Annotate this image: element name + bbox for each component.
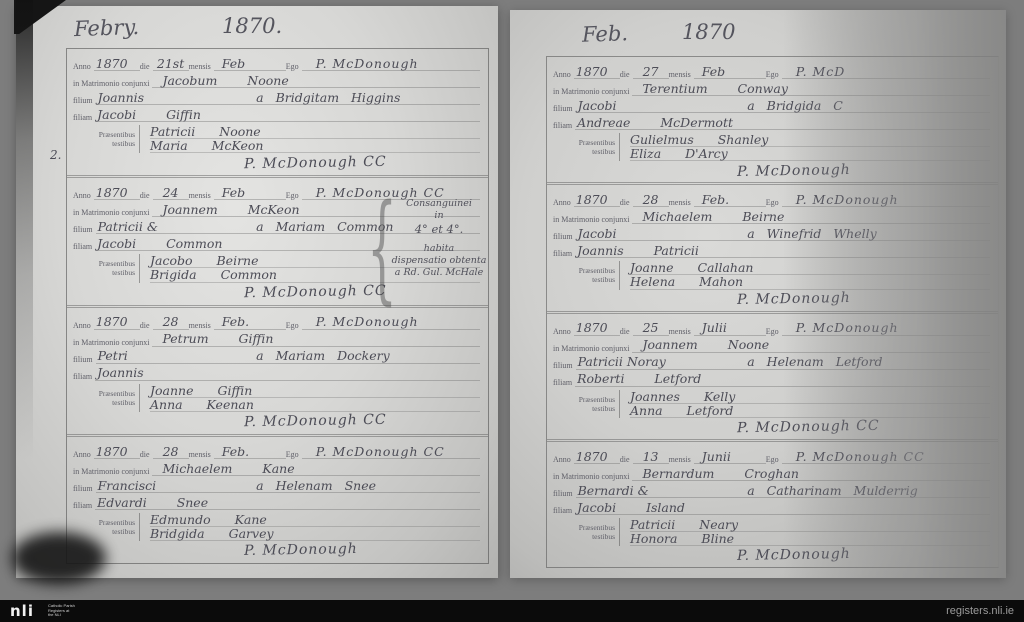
value-groom: Michaelem Beirne xyxy=(632,210,990,224)
value-father: Patricii Noray xyxy=(576,355,740,369)
value-signature: P. McDonough CC xyxy=(244,284,387,301)
witness-lines: Patricii Noone Maria McKeon xyxy=(140,125,480,153)
value-father: Petri xyxy=(96,349,249,363)
note-line: in xyxy=(383,210,495,222)
value-mensis: Feb. xyxy=(214,315,286,329)
entry-bride-row: filiam Andreae McDermott xyxy=(553,115,990,130)
label-conjunxi: in Matrimonio conjunxi xyxy=(73,209,152,217)
consanguinity-note: { Consanguinei in 4° et 4°. habita dispe… xyxy=(383,198,495,279)
value-signature: P. McDonough xyxy=(736,547,850,564)
witness-lines: Edmundo Kane Bridgida Garvey xyxy=(140,513,480,541)
entry-bride-row: filiam Jacobi Island xyxy=(553,500,990,515)
value-anno: 1870 xyxy=(574,193,620,207)
label-mensis: mensis xyxy=(669,71,694,79)
value-signature: P. McDonough CC xyxy=(244,413,387,430)
value-father: Patricii & xyxy=(96,220,249,234)
label-mensis: mensis xyxy=(189,192,214,200)
entry-signature-row: P. McDonough xyxy=(553,548,990,563)
value-mensis: Feb xyxy=(214,57,286,71)
page-left-header: Febry. 1870. xyxy=(16,14,498,46)
value-celebrant: P. McDonough CC xyxy=(782,450,990,464)
entry-parents-row: filium Joannis a Bridgitam Higgins xyxy=(73,90,480,105)
label-ego: Ego xyxy=(286,63,302,71)
register-form-left: Anno 1870 die 21st mensis Feb Ego P. McD… xyxy=(66,48,489,564)
label-ego: Ego xyxy=(286,451,302,459)
value-mensis: Feb xyxy=(694,65,766,79)
value-anno: 1870 xyxy=(574,65,620,79)
value-bride-parentage: Jacobi Giffin xyxy=(95,108,480,122)
label-die: die xyxy=(620,456,633,464)
value-groom: Jacobum Noone xyxy=(152,74,480,88)
value-signature: P. McDonough xyxy=(736,291,850,308)
label-conjunxi: in Matrimonio conjunxi xyxy=(553,345,632,353)
entry-witnesses: Præsentibus testibus Patricii Neary Hono… xyxy=(553,518,990,546)
note-brace: { xyxy=(367,188,397,306)
value-anno: 1870 xyxy=(94,57,140,71)
value-bride-parentage: Jacobi Island xyxy=(575,501,990,515)
witness-lines: Joanne Giffin Anna Keenan xyxy=(140,384,480,412)
label-die: die xyxy=(140,322,153,330)
value-witness-2: Bridgida Garvey xyxy=(150,527,480,541)
entry-bride-row: filiam Edvardi Snee xyxy=(73,495,480,510)
entry-bride-row: filiam Jacobi Giffin xyxy=(73,107,480,122)
entry-witnesses: Præsentibus testibus Joanne Callahan Hel… xyxy=(553,261,990,289)
label-mensis: mensis xyxy=(669,328,694,336)
label-filiam: filiam xyxy=(73,114,95,122)
label-filiam: filiam xyxy=(553,379,575,387)
label-praesentibus: Præsentibus xyxy=(73,518,135,527)
value-father: Bernardi & xyxy=(576,484,740,498)
entry-date-row: Anno 1870 die 28 mensis Feb. Ego P. McDo… xyxy=(73,444,480,459)
value-mother: a Helenam Snee xyxy=(248,479,480,493)
note-line: habita xyxy=(383,243,495,255)
register-entry: Anno 1870 die 28 mensis Feb. Ego P. McDo… xyxy=(67,308,488,437)
witness-lines: Joannes Kelly Anna Letford xyxy=(620,390,990,418)
label-anno: Anno xyxy=(553,328,574,336)
entry-groom-row: in Matrimonio conjunxi Terentium Conway xyxy=(553,81,990,96)
value-die: 13 xyxy=(633,450,669,464)
label-ego: Ego xyxy=(766,328,782,336)
value-mother: a Catharinam Mulderrig xyxy=(739,484,990,498)
register-entry: Anno 1870 die 13 mensis Junii Ego P. McD… xyxy=(547,442,998,567)
value-father: Joannis xyxy=(96,91,249,105)
value-witness-1: Gulielmus Shanley xyxy=(630,133,990,147)
label-praesentibus: Præsentibus xyxy=(73,259,135,268)
label-mensis: mensis xyxy=(669,456,694,464)
entry-signature-row: P. McDonough xyxy=(73,543,480,558)
note-line: a Rd. Gul. McHale xyxy=(383,267,495,279)
entry-groom-row: in Matrimonio conjunxi Michaelem Beirne xyxy=(553,209,990,224)
label-testibus: Præsentibus testibus xyxy=(553,518,620,546)
label-testibus-word: testibus xyxy=(73,139,135,148)
value-signature: P. McDonough CC xyxy=(244,154,387,171)
label-filiam: filiam xyxy=(553,122,575,130)
value-witness-2: Helena Mahon xyxy=(630,275,990,289)
label-die: die xyxy=(140,63,153,71)
label-praesentibus: Præsentibus xyxy=(73,389,135,398)
label-mensis: mensis xyxy=(189,451,214,459)
label-conjunxi: in Matrimonio conjunxi xyxy=(553,473,632,481)
value-anno: 1870 xyxy=(94,315,140,329)
value-groom: Bernardum Croghan xyxy=(632,467,990,481)
label-testibus: Præsentibus testibus xyxy=(553,261,620,289)
value-witness-1: Joanne Callahan xyxy=(630,261,990,275)
label-filium: filium xyxy=(553,490,576,498)
register-entry: Anno 1870 die 21st mensis Feb Ego P. McD… xyxy=(67,49,488,178)
value-witness-1: Joanne Giffin xyxy=(150,384,480,398)
value-die: 21st xyxy=(153,57,189,71)
label-ego: Ego xyxy=(766,456,782,464)
entry-groom-row: in Matrimonio conjunxi Jacobum Noone xyxy=(73,73,480,88)
nli-logo: nli xyxy=(10,604,34,619)
value-mensis: Feb. xyxy=(694,193,766,207)
value-mother: a Mariam Dockery xyxy=(248,349,480,363)
label-filiam: filiam xyxy=(553,507,575,515)
header-month: Febry. xyxy=(74,15,140,41)
witness-lines: Joanne Callahan Helena Mahon xyxy=(620,261,990,289)
value-mother: a Helenam Letford xyxy=(739,355,990,369)
value-witness-2: Honora Bline xyxy=(630,532,990,546)
scan-dark-blob xyxy=(12,532,106,584)
value-witness-1: Joannes Kelly xyxy=(630,390,990,404)
entry-witnesses: Præsentibus testibus Gulielmus Shanley E… xyxy=(553,133,990,161)
margin-mark: 2. xyxy=(50,148,61,162)
label-filiam: filiam xyxy=(73,243,95,251)
footer-bar: nli Catholic Parish Registers at the NLI… xyxy=(0,600,1024,622)
label-filium: filium xyxy=(553,105,576,113)
label-filium: filium xyxy=(553,362,576,370)
value-signature: P. McDonough xyxy=(244,542,358,559)
nli-logo-caption: Catholic Parish Registers at the NLI xyxy=(48,604,75,618)
label-anno: Anno xyxy=(73,451,94,459)
register-form-right: Anno 1870 die 27 mensis Feb Ego P. McD i… xyxy=(546,56,999,568)
entry-groom-row: in Matrimonio conjunxi Joannem Noone xyxy=(553,338,990,353)
value-witness-1: Patricii Noone xyxy=(150,125,480,139)
value-witness-2: Eliza D'Arcy xyxy=(630,147,990,161)
value-bride-parentage: Joannis Patricii xyxy=(575,244,990,258)
note-line: dispensatio obtenta xyxy=(383,255,495,267)
entry-signature-row: P. McDonough CC xyxy=(73,155,480,170)
entry-signature-row: P. McDonough xyxy=(553,292,990,307)
value-bride-parentage: Andreae McDermott xyxy=(575,116,990,130)
label-die: die xyxy=(620,199,633,207)
caption-line: the NLI xyxy=(48,613,75,618)
label-die: die xyxy=(140,192,153,200)
label-testibus-word: testibus xyxy=(553,275,615,284)
site-url-label: registers.nli.ie xyxy=(946,605,1014,617)
value-mother: a Bridgida C xyxy=(739,99,990,113)
label-conjunxi: in Matrimonio conjunxi xyxy=(73,80,152,88)
label-filium: filium xyxy=(73,226,96,234)
label-conjunxi: in Matrimonio conjunxi xyxy=(553,88,632,96)
label-testibus-word: testibus xyxy=(73,268,135,277)
entry-bride-row: filiam Joannis xyxy=(73,366,480,381)
label-ego: Ego xyxy=(766,199,782,207)
label-ego: Ego xyxy=(286,192,302,200)
value-die: 28 xyxy=(153,315,189,329)
register-page-right: Feb. 1870 Anno 1870 die 27 mensis Feb Eg… xyxy=(510,10,1006,578)
entry-parents-row: filium Jacobi a Winefrid Whelly xyxy=(553,226,990,241)
register-entry: Anno 1870 die 28 mensis Feb. Ego P. McDo… xyxy=(67,437,488,563)
label-die: die xyxy=(620,71,633,79)
label-testibus-word: testibus xyxy=(553,147,615,156)
entry-date-row: Anno 1870 die 27 mensis Feb Ego P. McD xyxy=(553,64,990,79)
register-entry: Anno 1870 die 27 mensis Feb Ego P. McD i… xyxy=(547,57,998,185)
value-die: 27 xyxy=(633,65,669,79)
entry-witnesses: Præsentibus testibus Patricii Noone Mari… xyxy=(73,125,480,153)
label-praesentibus: Præsentibus xyxy=(553,138,615,147)
value-groom: Petrum Giffin xyxy=(152,332,480,346)
label-mensis: mensis xyxy=(669,199,694,207)
value-celebrant: P. McDonough xyxy=(782,321,990,335)
register-entry: Anno 1870 die 28 mensis Feb. Ego P. McDo… xyxy=(547,185,998,313)
header-year: 1870 xyxy=(682,20,735,44)
entry-signature-row: P. McDonough xyxy=(553,163,990,178)
entry-witnesses: Præsentibus testibus Joannes Kelly Anna … xyxy=(553,390,990,418)
value-celebrant: P. McDonough xyxy=(782,193,990,207)
label-filiam: filiam xyxy=(553,250,575,258)
entry-groom-row: in Matrimonio conjunxi Petrum Giffin xyxy=(73,332,480,347)
label-testibus-word: testibus xyxy=(553,404,615,413)
entry-signature-row: P. McDonough CC xyxy=(553,420,990,435)
entry-parents-row: filium Bernardi & a Catharinam Mulderrig xyxy=(553,483,990,498)
label-die: die xyxy=(620,328,633,336)
value-mensis: Feb xyxy=(214,186,286,200)
entry-date-row: Anno 1870 die 28 mensis Feb. Ego P. McDo… xyxy=(553,192,990,207)
witness-lines: Patricii Neary Honora Bline xyxy=(620,518,990,546)
value-witness-1: Edmundo Kane xyxy=(150,513,480,527)
value-signature: P. McDonough xyxy=(736,163,850,180)
entry-signature-row: P. McDonough CC xyxy=(73,285,480,300)
header-month: Feb. xyxy=(582,21,629,47)
entry-bride-row: filiam Roberti Letford xyxy=(553,372,990,387)
label-ego: Ego xyxy=(286,322,302,330)
value-signature: P. McDonough CC xyxy=(736,419,879,436)
register-scan-viewer: Febry. 1870. 2. Anno 1870 die 21st mensi… xyxy=(0,0,1024,622)
value-father: Jacobi xyxy=(576,99,740,113)
entry-bride-row: filiam Joannis Patricii xyxy=(553,243,990,258)
value-mother: a Winefrid Whelly xyxy=(739,227,990,241)
entry-date-row: Anno 1870 die 13 mensis Junii Ego P. McD… xyxy=(553,449,990,464)
entry-date-row: Anno 1870 die 28 mensis Feb. Ego P. McDo… xyxy=(73,315,480,330)
entry-date-row: Anno 1870 die 21st mensis Feb Ego P. McD… xyxy=(73,56,480,71)
label-anno: Anno xyxy=(73,322,94,330)
label-testibus: Præsentibus testibus xyxy=(73,384,140,412)
entry-groom-row: in Matrimonio conjunxi Michaelem Kane xyxy=(73,461,480,476)
label-testibus: Præsentibus testibus xyxy=(553,390,620,418)
entry-parents-row: filium Francisci a Helenam Snee xyxy=(73,478,480,493)
entry-parents-row: filium Patricii Noray a Helenam Letford xyxy=(553,355,990,370)
value-witness-2: Anna Keenan xyxy=(150,398,480,412)
entry-witnesses: Præsentibus testibus Edmundo Kane Bridgi… xyxy=(73,513,480,541)
value-mensis: Julii xyxy=(694,321,766,335)
label-anno: Anno xyxy=(73,63,94,71)
value-mensis: Junii xyxy=(694,450,766,464)
label-mensis: mensis xyxy=(189,322,214,330)
value-celebrant: P. McDonough xyxy=(302,57,480,71)
value-celebrant: P. McD xyxy=(782,65,990,79)
header-year: 1870. xyxy=(222,14,282,38)
label-filium: filium xyxy=(73,97,96,105)
label-filium: filium xyxy=(73,485,96,493)
value-die: 24 xyxy=(153,186,189,200)
entry-date-row: Anno 1870 die 25 mensis Julii Ego P. McD… xyxy=(553,321,990,336)
label-testibus: Præsentibus testibus xyxy=(73,254,140,282)
label-anno: Anno xyxy=(553,199,574,207)
label-praesentibus: Præsentibus xyxy=(73,130,135,139)
label-testibus-word: testibus xyxy=(73,398,135,407)
label-testibus-word: testibus xyxy=(553,532,615,541)
label-testibus: Præsentibus testibus xyxy=(73,125,140,153)
label-anno: Anno xyxy=(553,71,574,79)
value-anno: 1870 xyxy=(94,186,140,200)
label-praesentibus: Præsentibus xyxy=(553,523,615,532)
register-page-left: Febry. 1870. 2. Anno 1870 die 21st mensi… xyxy=(16,6,498,578)
entry-parents-row: filium Petri a Mariam Dockery xyxy=(73,349,480,364)
value-father: Jacobi xyxy=(576,227,740,241)
note-line: Consanguinei xyxy=(383,198,495,210)
entry-signature-row: P. McDonough CC xyxy=(73,414,480,429)
witness-lines: Gulielmus Shanley Eliza D'Arcy xyxy=(620,133,990,161)
label-anno: Anno xyxy=(73,192,94,200)
label-conjunxi: in Matrimonio conjunxi xyxy=(73,468,152,476)
register-entry: Anno 1870 die 25 mensis Julii Ego P. McD… xyxy=(547,314,998,442)
label-filiam: filiam xyxy=(73,502,95,510)
entry-groom-row: in Matrimonio conjunxi Bernardum Croghan xyxy=(553,466,990,481)
value-mensis: Feb. xyxy=(214,445,286,459)
value-witness-2: Anna Letford xyxy=(630,404,990,418)
value-anno: 1870 xyxy=(94,445,140,459)
value-die: 25 xyxy=(633,321,669,335)
label-conjunxi: in Matrimonio conjunxi xyxy=(73,339,152,347)
value-bride-parentage: Edvardi Snee xyxy=(95,496,480,510)
label-conjunxi: in Matrimonio conjunxi xyxy=(553,216,632,224)
label-filium: filium xyxy=(73,356,96,364)
value-father: Francisci xyxy=(96,479,249,493)
label-testibus: Præsentibus testibus xyxy=(553,133,620,161)
value-groom: Terentium Conway xyxy=(632,82,990,96)
value-groom: Michaelem Kane xyxy=(152,462,480,476)
value-bride-parentage: Joannis xyxy=(95,366,480,380)
page-right-header: Feb. 1870 xyxy=(510,18,1006,50)
label-praesentibus: Præsentibus xyxy=(553,266,615,275)
value-mother: a Bridgitam Higgins xyxy=(248,91,480,105)
label-die: die xyxy=(140,451,153,459)
value-witness-2: Maria McKeon xyxy=(150,139,480,153)
label-filiam: filiam xyxy=(73,373,95,381)
value-bride-parentage: Roberti Letford xyxy=(575,372,990,386)
note-line: 4° et 4°. xyxy=(383,222,495,236)
value-groom: Joannem Noone xyxy=(632,338,990,352)
value-die: 28 xyxy=(153,445,189,459)
value-anno: 1870 xyxy=(574,450,620,464)
scan-dark-edge xyxy=(16,0,33,500)
label-praesentibus: Præsentibus xyxy=(553,395,615,404)
value-celebrant: P. McDonough CC xyxy=(302,445,480,459)
label-filium: filium xyxy=(553,233,576,241)
value-celebrant: P. McDonough xyxy=(302,315,480,329)
value-die: 28 xyxy=(633,193,669,207)
value-witness-1: Patricii Neary xyxy=(630,518,990,532)
label-anno: Anno xyxy=(553,456,574,464)
value-anno: 1870 xyxy=(574,321,620,335)
label-ego: Ego xyxy=(766,71,782,79)
entry-witnesses: Præsentibus testibus Joanne Giffin Anna … xyxy=(73,384,480,412)
entry-parents-row: filium Jacobi a Bridgida C xyxy=(553,98,990,113)
label-mensis: mensis xyxy=(189,63,214,71)
